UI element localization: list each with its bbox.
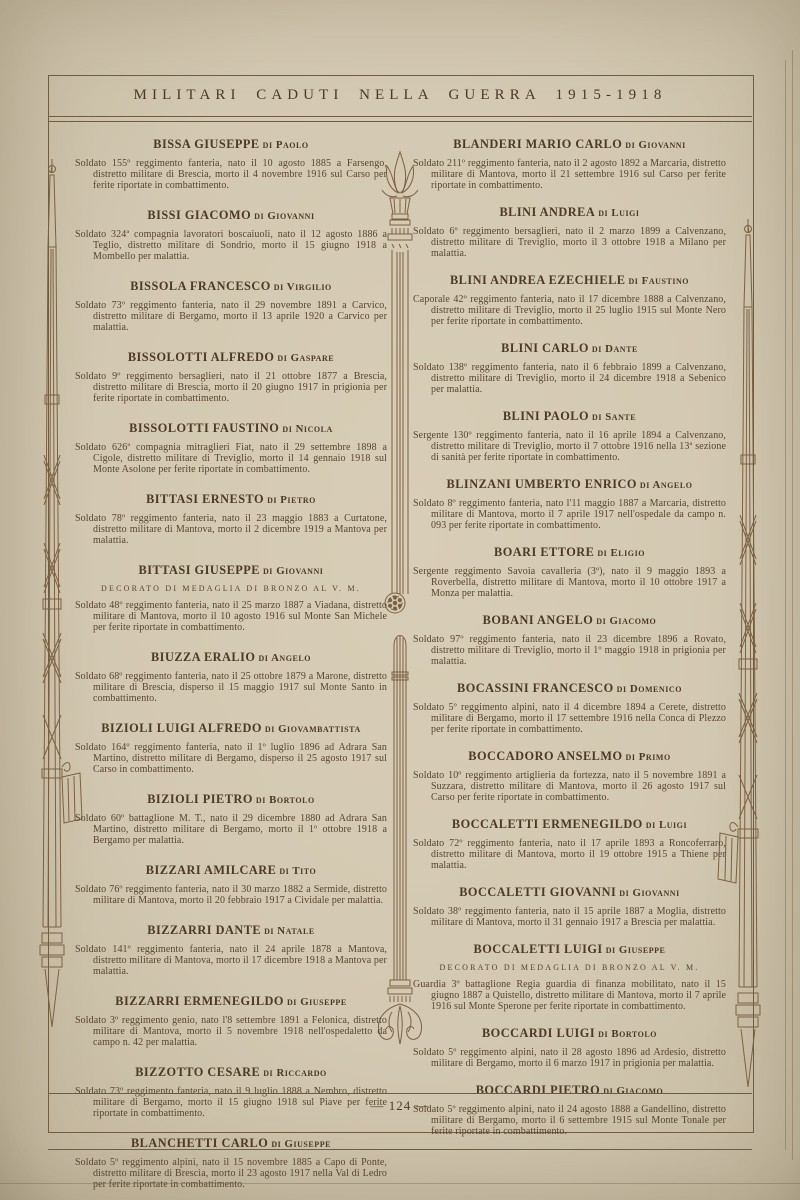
decoration-line: DECORATO DI MEDAGLIA DI BRONZO AL V. M.: [413, 963, 726, 972]
entries-area: BISSA GIUSEPPEdi Paolo Soldato 155º regg…: [75, 137, 726, 1200]
entry-body: Soldato 38º reggimento fanteria, nato il…: [413, 906, 726, 928]
entry-heading: BLINI ANDREAdi Luigi: [413, 205, 726, 220]
entry-heading: BIZZARRI DANTEdi Natale: [75, 923, 387, 938]
entry-father-name: di Giovanni: [619, 887, 679, 899]
entry-name: BISSOLOTTI FAUSTINO: [129, 421, 279, 435]
entry-father-name: di Pietro: [267, 494, 316, 506]
entry-name: BOCCALETTI LUIGI: [474, 942, 603, 956]
entry-father-name: di Primo: [626, 751, 671, 763]
entry-heading: BISSI GIACOMOdi Giovanni: [75, 208, 387, 223]
entry-name: BLINI CARLO: [501, 341, 589, 355]
entry-body: Soldato 72º reggimento fanteria, nato il…: [413, 838, 726, 871]
soldier-entry: BOCCADORO ANSELMOdi Primo Soldato 10º re…: [413, 749, 726, 803]
entry-body: Soldato 6º reggimento bersaglieri, nato …: [413, 226, 726, 259]
entry-body: Soldato 68º reggimento fanteria, nato il…: [75, 671, 387, 704]
entry-name: BISSI GIACOMO: [147, 208, 251, 222]
entry-father-name: di Bortolo: [256, 794, 315, 806]
footer-rule: [48, 1093, 752, 1094]
entry-father-name: di Angelo: [258, 652, 311, 664]
entry-name: BISSOLOTTI ALFREDO: [128, 350, 275, 364]
entry-heading: BLINI PAOLOdi Sante: [413, 409, 726, 424]
entry-body: Soldato 78º reggimento fanteria, nato il…: [75, 513, 387, 546]
soldier-entry: BIZZARRI DANTEdi Natale Soldato 141º reg…: [75, 923, 387, 977]
entry-heading: BIUZZA ERALIOdi Angelo: [75, 650, 387, 665]
page-number: — 124 —: [48, 1098, 752, 1114]
entry-name: BOBANI ANGELO: [483, 613, 594, 627]
entry-name: BIZZARI AMILCARE: [146, 863, 277, 877]
entry-heading: BIZZARI AMILCAREdi Tito: [75, 863, 387, 878]
entry-father-name: di Eligio: [597, 547, 645, 559]
soldier-entry: BOCCALETTI ERMENEGILDOdi Luigi Soldato 7…: [413, 817, 726, 871]
entry-body: Soldato 5º reggimento alpini, nato il 15…: [75, 1157, 387, 1190]
entry-name: BIZZOTTO CESARE: [135, 1065, 260, 1079]
soldier-entry: BLINI CARLOdi Dante Soldato 138º reggime…: [413, 341, 726, 395]
entry-body: Soldato 626ª compagnia mitraglieri Fiat,…: [75, 442, 387, 475]
soldier-entry: BOCCALETTI LUIGIdi Giuseppe DECORATO DI …: [413, 942, 726, 1012]
entry-body: Soldato 324ª compagnia lavoratori boscai…: [75, 229, 387, 262]
entry-body: Soldato 155º reggimento fanteria, nato i…: [75, 158, 387, 191]
entry-body: Soldato 97º reggimento fanteria, nato il…: [413, 634, 726, 667]
entry-body: Soldato 10º reggimento artiglieria da fo…: [413, 770, 726, 803]
entry-name: BISSOLA FRANCESCO: [130, 279, 271, 293]
entry-heading: BOCCADORO ANSELMOdi Primo: [413, 749, 726, 764]
soldier-entry: BIZIOLI PIETROdi Bortolo Soldato 60º bat…: [75, 792, 387, 846]
entry-body: Soldato 211º reggimento fanteria, nato i…: [413, 158, 726, 191]
soldier-entry: BISSOLA FRANCESCOdi Virgilio Soldato 73º…: [75, 279, 387, 333]
entry-father-name: di Gaspare: [277, 352, 334, 364]
entry-father-name: di Giacomo: [603, 1085, 663, 1097]
soldier-entry: BISSA GIUSEPPEdi Paolo Soldato 155º regg…: [75, 137, 387, 191]
soldier-entry: BLANCHETTI CARLOdi Giuseppe Soldato 5º r…: [75, 1136, 387, 1190]
entry-father-name: di Giuseppe: [287, 996, 347, 1008]
entry-father-name: di Sante: [592, 411, 636, 423]
soldier-entry: BOCCALETTI GIOVANNIdi Giovanni Soldato 3…: [413, 885, 726, 928]
soldier-entry: BIUZZA ERALIOdi Angelo Soldato 68º reggi…: [75, 650, 387, 704]
entry-body: Soldato 73º reggimento fanteria, nato il…: [75, 300, 387, 333]
entry-heading: BOBANI ANGELOdi Giacomo: [413, 613, 726, 628]
entry-heading: BISSOLOTTI ALFREDOdi Gaspare: [75, 350, 387, 365]
page-edge: [792, 50, 793, 1160]
soldier-entry: BIZZARI AMILCAREdi Tito Soldato 76º regg…: [75, 863, 387, 906]
entry-name: BOCCADORO ANSELMO: [468, 749, 622, 763]
entry-name: BLINI ANDREA EZECHIELE: [450, 273, 626, 287]
entry-heading: BOCCARDI LUIGIdi Bortolo: [413, 1026, 726, 1041]
entry-name: BLANDERI MARIO CARLO: [453, 137, 622, 151]
entry-heading: BIZIOLI LUIGI ALFREDOdi Giovambattista: [75, 721, 387, 736]
entry-heading: BISSOLA FRANCESCOdi Virgilio: [75, 279, 387, 294]
entry-body: Soldato 9º reggimento bersaglieri, nato …: [75, 371, 387, 404]
entry-heading: BISSOLOTTI FAUSTINOdi Nicola: [75, 421, 387, 436]
entry-name: BOCCALETTI GIOVANNI: [459, 885, 616, 899]
entry-heading: BLINI ANDREA EZECHIELEdi Faustino: [413, 273, 726, 288]
soldier-entry: BLINZANI UMBERTO ENRICOdi Angelo Soldato…: [413, 477, 726, 531]
soldier-entry: BOARI ETTOREdi Eligio Sergente reggiment…: [413, 545, 726, 599]
soldier-entry: BIZIOLI LUIGI ALFREDOdi Giovambattista S…: [75, 721, 387, 775]
entry-name: BOCCARDI PIETRO: [476, 1083, 601, 1097]
entry-name: BOCASSINI FRANCESCO: [457, 681, 614, 695]
entry-heading: BIZZARRI ERMENEGILDOdi Giuseppe: [75, 994, 387, 1009]
column-left: BISSA GIUSEPPEdi Paolo Soldato 155º regg…: [75, 137, 387, 1200]
soldier-entry: BITTASI ERNESTOdi Pietro Soldato 78º reg…: [75, 492, 387, 546]
entry-name: BOARI ETTORE: [494, 545, 594, 559]
entry-heading: BITTASI GIUSEPPEdi Giovanni: [75, 563, 387, 578]
entry-father-name: di Paolo: [263, 139, 309, 151]
entry-father-name: di Giacomo: [596, 615, 656, 627]
soldier-entry: BITTASI GIUSEPPEdi Giovanni DECORATO DI …: [75, 563, 387, 633]
entry-father-name: di Virgilio: [274, 281, 332, 293]
page-edge: [785, 60, 786, 1150]
entry-body: Sergente reggimento Savoia cavalleria (3…: [413, 566, 726, 599]
soldier-entry: BISSOLOTTI FAUSTINOdi Nicola Soldato 626…: [75, 421, 387, 475]
entry-name: BITTASI ERNESTO: [146, 492, 264, 506]
entry-body: Soldato 164º reggimento fanteria, nato i…: [75, 742, 387, 775]
entry-father-name: di Riccardo: [263, 1067, 327, 1079]
entry-name: BLANCHETTI CARLO: [131, 1136, 268, 1150]
soldier-entry: BISSOLOTTI ALFREDOdi Gaspare Soldato 9º …: [75, 350, 387, 404]
entry-heading: BLINI CARLOdi Dante: [413, 341, 726, 356]
soldier-entry: BIZZARRI ERMENEGILDOdi Giuseppe Soldato …: [75, 994, 387, 1048]
entry-heading: BITTASI ERNESTOdi Pietro: [75, 492, 387, 507]
entry-heading: BIZZOTTO CESAREdi Riccardo: [75, 1065, 387, 1080]
entry-father-name: di Giovanni: [263, 565, 323, 577]
entry-heading: BOCCALETTI GIOVANNIdi Giovanni: [413, 885, 726, 900]
bottom-rule: [48, 1149, 752, 1150]
entry-father-name: di Domenico: [617, 683, 682, 695]
entry-body: Guardia 3º battaglione Regia guardia di …: [413, 979, 726, 1012]
header-band: MILITARI CADUTI NELLA GUERRA 1915-1918: [48, 75, 752, 117]
entry-body: Soldato 3º reggimento genio, nato l'8 se…: [75, 1015, 387, 1048]
column-right: BLANDERI MARIO CARLOdi Giovanni Soldato …: [413, 137, 726, 1200]
entry-father-name: di Luigi: [646, 819, 687, 831]
entry-heading: BLINZANI UMBERTO ENRICOdi Angelo: [413, 477, 726, 492]
entry-heading: BOCASSINI FRANCESCOdi Domenico: [413, 681, 726, 696]
entry-body: Soldato 60º battaglione M. T., nato il 2…: [75, 813, 387, 846]
entry-father-name: di Giuseppe: [606, 944, 666, 956]
soldier-entry: BOBANI ANGELOdi Giacomo Soldato 97º regg…: [413, 613, 726, 667]
entry-heading: BIZIOLI PIETROdi Bortolo: [75, 792, 387, 807]
entry-heading: BISSA GIUSEPPEdi Paolo: [75, 137, 387, 152]
entry-name: BLINI PAOLO: [503, 409, 589, 423]
entry-heading: BOCCARDI PIETROdi Giacomo: [413, 1083, 726, 1098]
entry-body: Soldato 138º reggimento fanteria, nato i…: [413, 362, 726, 395]
entry-name: BIZIOLI PIETRO: [147, 792, 253, 806]
soldier-entry: BLINI ANDREA EZECHIELEdi Faustino Capora…: [413, 273, 726, 327]
entry-name: BLINI ANDREA: [499, 205, 595, 219]
soldier-entry: BLINI ANDREAdi Luigi Soldato 6º reggimen…: [413, 205, 726, 259]
entry-body: Sergente 130º reggimento fanteria, nato …: [413, 430, 726, 463]
entry-name: BITTASI GIUSEPPE: [139, 563, 260, 577]
entry-name: BOCCARDI LUIGI: [482, 1026, 595, 1040]
entry-name: BIZZARRI DANTE: [147, 923, 261, 937]
entry-body: Soldato 141º reggimento fanteria, nato i…: [75, 944, 387, 977]
header-rule: [48, 121, 752, 122]
entry-father-name: di Natale: [264, 925, 315, 937]
soldier-entry: BOCCARDI LUIGIdi Bortolo Soldato 5º regg…: [413, 1026, 726, 1069]
entry-father-name: di Giovambattista: [265, 723, 361, 735]
soldier-entry: BISSI GIACOMOdi Giovanni Soldato 324ª co…: [75, 208, 387, 262]
entry-heading: BOCCALETTI LUIGIdi Giuseppe: [413, 942, 726, 957]
entry-father-name: di Faustino: [628, 275, 689, 287]
entry-father-name: di Nicola: [282, 423, 332, 435]
entry-body: Soldato 5º reggimento alpini, nato il 4 …: [413, 702, 726, 735]
entry-heading: BLANDERI MARIO CARLOdi Giovanni: [413, 137, 726, 152]
entry-name: BIUZZA ERALIO: [151, 650, 255, 664]
entry-father-name: di Angelo: [640, 479, 693, 491]
soldier-entry: BOCASSINI FRANCESCOdi Domenico Soldato 5…: [413, 681, 726, 735]
decoration-line: DECORATO DI MEDAGLIA DI BRONZO AL V. M.: [75, 584, 387, 593]
entry-name: BLINZANI UMBERTO ENRICO: [447, 477, 637, 491]
entry-father-name: di Giovanni: [625, 139, 685, 151]
soldier-entry: BLINI PAOLOdi Sante Sergente 130º reggim…: [413, 409, 726, 463]
entry-body: Soldato 8º reggimento fanteria, nato l'1…: [413, 498, 726, 531]
entry-heading: BOCCALETTI ERMENEGILDOdi Luigi: [413, 817, 726, 832]
entry-father-name: di Luigi: [598, 207, 639, 219]
page-background: MILITARI CADUTI NELLA GUERRA 1915-1918: [0, 0, 800, 1200]
entry-body: Soldato 76º reggimento fanteria, nato il…: [75, 884, 387, 906]
page-title: MILITARI CADUTI NELLA GUERRA 1915-1918: [134, 87, 667, 104]
entry-name: BOCCALETTI ERMENEGILDO: [452, 817, 643, 831]
entry-father-name: di Dante: [592, 343, 638, 355]
entry-body: Caporale 42º reggimento fanteria, nato i…: [413, 294, 726, 327]
entry-heading: BOARI ETTOREdi Eligio: [413, 545, 726, 560]
entry-father-name: di Giovanni: [254, 210, 314, 222]
entry-body: Soldato 48º reggimento fanteria, nato il…: [75, 600, 387, 633]
entry-father-name: di Tito: [279, 865, 316, 877]
entry-body: Soldato 5º reggimento alpini, nato il 28…: [413, 1047, 726, 1069]
soldier-entry: BLANDERI MARIO CARLOdi Giovanni Soldato …: [413, 137, 726, 191]
entry-name: BISSA GIUSEPPE: [153, 137, 259, 151]
page-edge: [0, 1183, 800, 1184]
entry-father-name: di Bortolo: [598, 1028, 657, 1040]
entry-name: BIZZARRI ERMENEGILDO: [115, 994, 284, 1008]
entry-name: BIZIOLI LUIGI ALFREDO: [101, 721, 262, 735]
